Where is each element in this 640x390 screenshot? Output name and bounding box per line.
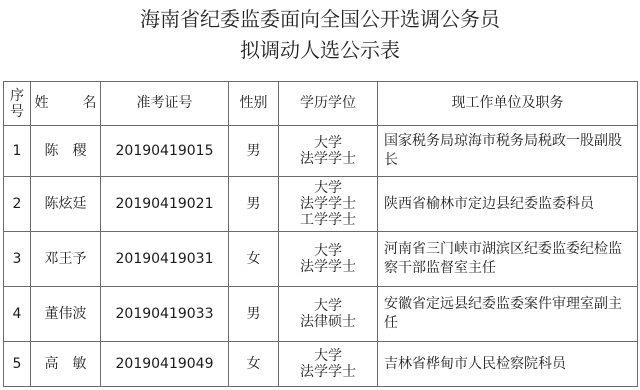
cell-name: 陈稷 (31, 126, 101, 177)
cell-education: 大学 法律硕士 (279, 287, 378, 342)
cell-gender: 女 (229, 342, 279, 387)
edu-line: 大学 (279, 298, 377, 314)
cell-name: 陈炫廷 (31, 177, 101, 232)
cell-education: 大学 法学学士 (279, 232, 378, 287)
table-row: 3 邓王予 20190419031 女 大学 法学学士 河南省三门峡市湖滨区纪委… (4, 232, 638, 287)
cell-work: 陕西省榆林市定边县纪委监委科员 (378, 177, 638, 232)
edu-line: 工学学士 (279, 212, 377, 228)
cell-seq: 1 (4, 126, 31, 177)
cell-exam-id: 20190419049 (101, 342, 229, 387)
header-seq-bottom: 号 (4, 104, 30, 120)
edu-line: 大学 (279, 348, 377, 364)
edu-line: 大学 (279, 243, 377, 259)
cell-name: 董伟波 (31, 287, 101, 342)
cell-gender: 男 (229, 287, 279, 342)
cell-work: 吉林省桦甸市人民检察院科员 (378, 342, 638, 387)
cell-work: 安徽省定远县纪委监委案件审理室副主任 (378, 287, 638, 342)
cell-name: 高敏 (31, 342, 101, 387)
header-exam-id: 准考证号 (101, 82, 229, 126)
name-part: 敏 (73, 356, 87, 372)
cell-seq: 5 (4, 342, 31, 387)
cell-work: 河南省三门峡市湖滨区纪委监委纪检监察干部监督室主任 (378, 232, 638, 287)
cell-education: 大学 法学学士 工学学士 (279, 177, 378, 232)
cell-gender: 男 (229, 126, 279, 177)
cell-gender: 女 (229, 232, 279, 287)
name-part: 陈 (45, 143, 59, 159)
cell-exam-id: 20190419021 (101, 177, 229, 232)
header-name-first: 姓 (35, 95, 49, 111)
cell-gender: 男 (229, 177, 279, 232)
table-row: 2 陈炫廷 20190419021 男 大学 法学学士 工学学士 陕西省榆林市定… (4, 177, 638, 232)
cell-work: 国家税务局琼海市税务局税政一股副股长 (378, 126, 638, 177)
candidate-table: 序 号 姓名 准考证号 性别 学历学位 现工作单位及职务 1 陈稷 201904… (3, 81, 638, 387)
table-row: 1 陈稷 20190419015 男 大学 法学学士 国家税务局琼海市税务局税政… (4, 126, 638, 177)
edu-line: 法学学士 (279, 196, 377, 212)
cell-seq: 3 (4, 232, 31, 287)
header-work: 现工作单位及职务 (378, 82, 638, 126)
table-row: 4 董伟波 20190419033 男 大学 法律硕士 安徽省定远县纪委监委案件… (4, 287, 638, 342)
cell-exam-id: 20190419015 (101, 126, 229, 177)
name-part: 高 (45, 356, 59, 372)
header-education: 学历学位 (279, 82, 378, 126)
edu-line: 大学 (279, 180, 377, 196)
edu-line: 大学 (279, 135, 377, 151)
cell-education: 大学 法学学士 (279, 342, 378, 387)
table-row: 5 高敏 20190419049 女 大学 法学学士 吉林省桦甸市人民检察院科员 (4, 342, 638, 387)
cell-exam-id: 20190419031 (101, 232, 229, 287)
header-gender: 性别 (229, 82, 279, 126)
table-header-row: 序 号 姓名 准考证号 性别 学历学位 现工作单位及职务 (4, 82, 638, 126)
header-seq: 序 号 (4, 82, 31, 126)
cell-exam-id: 20190419033 (101, 287, 229, 342)
cell-education: 大学 法学学士 (279, 126, 378, 177)
document-title-line-1: 海南省纪委监委面向全国公开选调公务员 (0, 6, 640, 32)
cell-seq: 4 (4, 287, 31, 342)
edu-line: 法学学士 (279, 259, 377, 275)
edu-line: 法律硕士 (279, 314, 377, 330)
header-name: 姓名 (31, 82, 101, 126)
header-seq-top: 序 (4, 88, 30, 104)
name-part: 稷 (73, 143, 87, 159)
header-name-last: 名 (83, 95, 97, 111)
edu-line: 法学学士 (279, 364, 377, 380)
cell-name: 邓王予 (31, 232, 101, 287)
document-title-line-2: 拟调动人选公示表 (0, 37, 640, 63)
edu-line: 法学学士 (279, 151, 377, 167)
cell-seq: 2 (4, 177, 31, 232)
